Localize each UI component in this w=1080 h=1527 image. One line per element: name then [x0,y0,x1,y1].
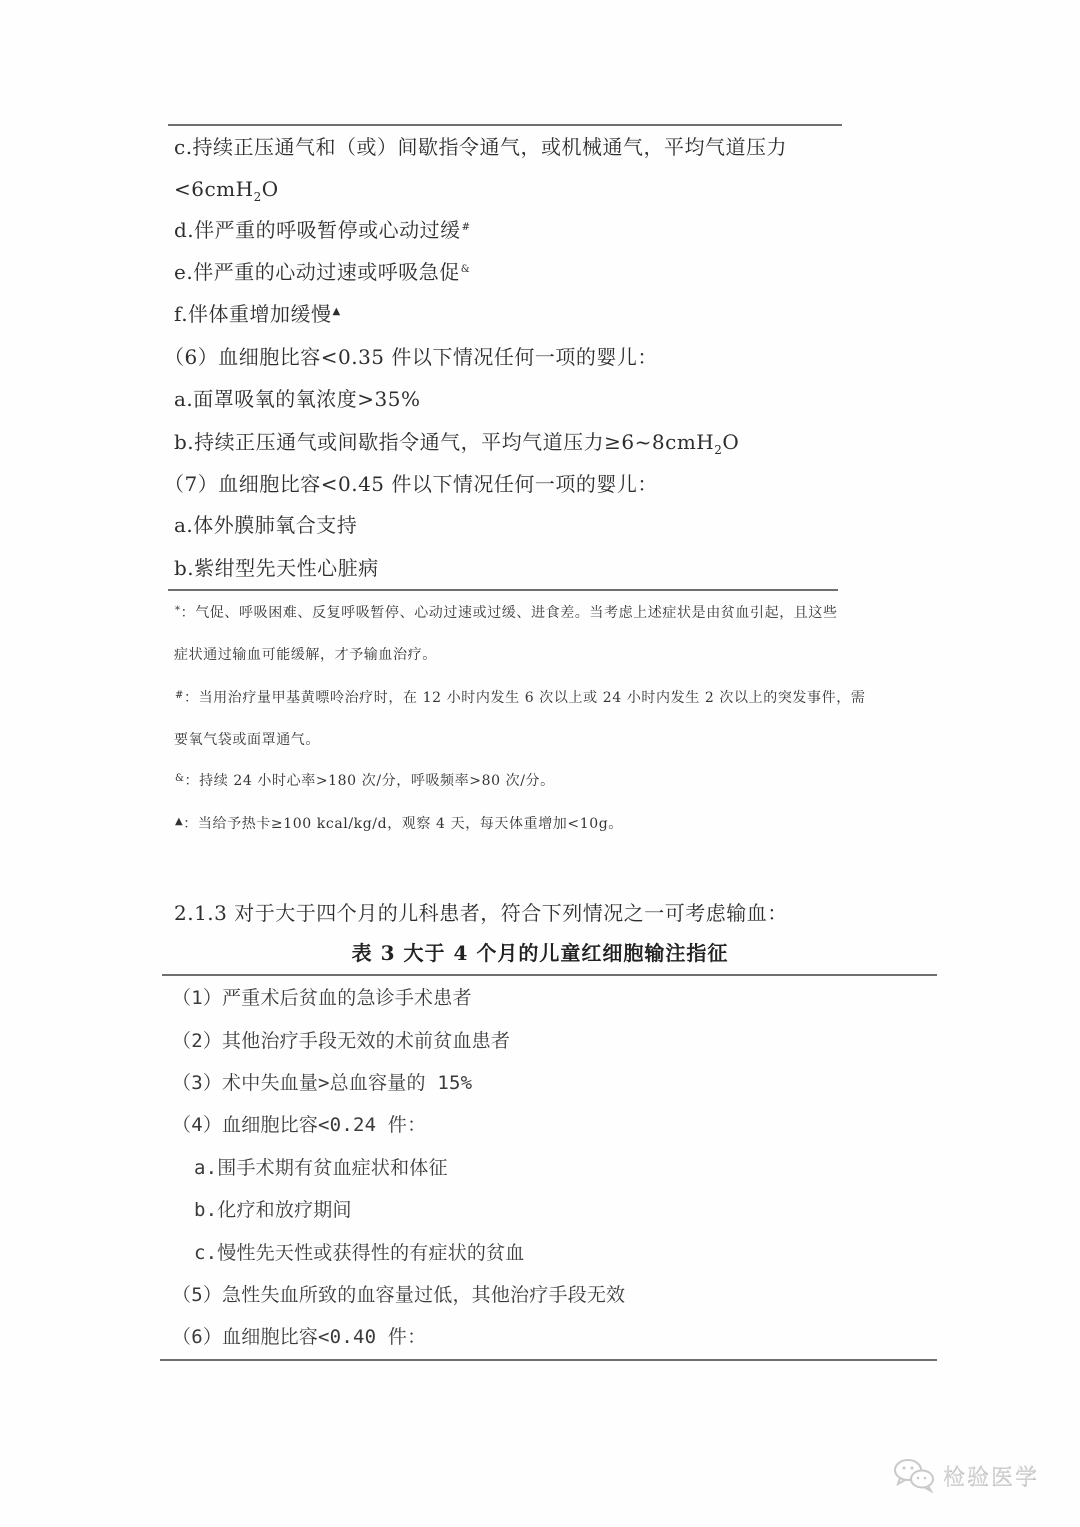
criterion-c-continued: <6cmH2O [174,177,279,204]
group-7-item-a: a.体外膜肺氧合支持 [174,513,357,537]
wechat-icon [893,1457,937,1493]
table-3-row-4: （4）血细胞比容<0.24 件： [172,1113,426,1137]
table-top-rule [168,124,842,126]
table-3-row-5: （5）急性失血所致的血容量过低，其他治疗手段无效 [172,1283,625,1307]
watermark: 检验医学 [893,1457,1039,1493]
table-3-top-rule [162,974,937,976]
footnote-asterisk-cont: 症状通过输血可能缓解，才予输血治疗。 [174,646,437,664]
watermark-text: 检验医学 [943,1460,1039,1491]
table-3-row-4a: a.围手术期有贫血症状和体征 [194,1156,448,1180]
footnote-mark-triangle: ▲ [333,306,341,317]
table-3-title: 表 3 大于 4 个月的儿童红细胞输注指征 [0,941,1080,965]
footnote-asterisk: *：气促、呼吸困难、反复呼吸暂停、心动过速或过缓、进食差。当考虑上述症状是由贫血… [174,604,838,622]
footnote-triangle: ▲：当给予热卡≥100 kcal/kg/d，观察 4 天，每天体重增加<10g。 [174,815,623,833]
table-3-row-2: （2）其他治疗手段无效的术前贫血患者 [172,1029,510,1053]
criterion-e: e.伴严重的心动过速或呼吸急促& [174,260,470,284]
footnote-hash: #：当用治疗量甲基黄嘌呤治疗时，在 12 小时内发生 6 次以上或 24 小时内… [174,689,865,707]
footnote-hash-cont: 要氧气袋或面罩通气。 [174,731,320,749]
group-7-item-b: b.紫绀型先天性心脏病 [174,556,379,580]
table-3-row-6: （6）血细胞比容<0.40 件： [172,1325,426,1349]
group-7-heading: （7）血细胞比容<0.45 件以下情况任何一项的婴儿： [164,472,658,496]
table-bottom-rule [168,589,838,591]
footnote-mark-ampersand: & [461,264,470,275]
group-6-item-a: a.面罩吸氧的氧浓度>35% [174,387,421,411]
criterion-d: d.伴严重的呼吸暂停或心动过缓# [174,218,471,242]
section-2-1-3-intro: 2.1.3 对于大于四个月的儿科患者，符合下列情况之一可考虑输血： [174,901,788,925]
table-3-row-4c: c.慢性先天性或获得性的有症状的贫血 [194,1241,524,1265]
table-3-bottom-rule [160,1359,937,1361]
table-3-row-3: （3）术中失血量>总血容量的 15% [172,1071,472,1095]
table-3-row-4b: b.化疗和放疗期间 [194,1198,352,1222]
footnote-mark-hash: # [462,222,471,233]
footnote-ampersand: &：持续 24 小时心率>180 次/分，呼吸频率>80 次/分。 [174,772,555,790]
criterion-f: f.伴体重增加缓慢▲ [174,302,341,326]
table-3-row-1: （1）严重术后贫血的急诊手术患者 [172,986,472,1010]
group-6-heading: （6）血细胞比容<0.35 件以下情况任何一项的婴儿： [164,345,658,369]
criterion-c: c.持续正压通气和（或）间歇指令通气，或机械通气，平均气道压力 [174,135,787,159]
group-6-item-b: b.持续正压通气或间歇指令通气，平均气道压力≥6~8cmH2O [174,430,739,457]
